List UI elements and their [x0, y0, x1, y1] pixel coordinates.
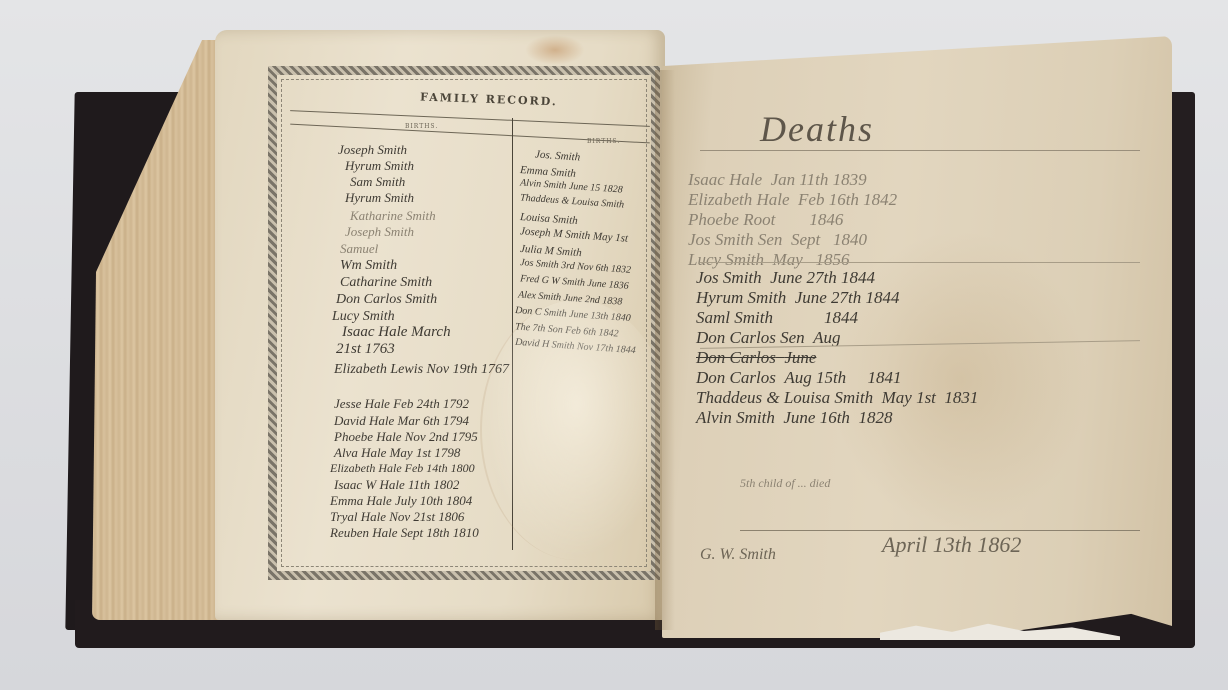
photo-scene: FAMILY RECORD. BIRTHS. BIRTHS. Joseph Sm…: [0, 0, 1228, 690]
death-entry: Jos Smith June 27th 1844: [696, 268, 875, 288]
birth-entry: David Hale Mar 6th 1794: [334, 413, 469, 429]
birth-entry: Emma Hale July 10th 1804: [330, 493, 472, 509]
death-entry: Don Carlos Aug 15th 1841: [696, 368, 901, 388]
birth-entry: Lucy Smith: [332, 309, 395, 325]
signature-rule: [740, 530, 1140, 531]
death-entry: Lucy Smith May 1856: [688, 250, 850, 270]
water-stain: [480, 300, 672, 560]
birth-entry: Don Carlos Smith: [336, 292, 437, 308]
birth-entry: Samuel: [340, 241, 378, 257]
death-entry-struck: Don Carlos June: [696, 348, 816, 368]
birth-entry: Reuben Hale Sept 18th 1810: [330, 525, 479, 541]
death-entry: Hyrum Smith June 27th 1844: [696, 288, 900, 308]
birth-entry: Joseph Smith: [345, 224, 414, 240]
title-rule: [700, 150, 1140, 151]
birth-entry: Sam Smith: [350, 174, 405, 190]
birth-entry: Catharine Smith: [340, 275, 432, 291]
birth-entry: 21st 1763: [336, 341, 395, 358]
death-entry: Saml Smith 1844: [696, 308, 858, 328]
birth-entry: Jesse Hale Feb 24th 1792: [334, 396, 469, 412]
death-entry: Phoebe Root 1846: [688, 210, 843, 230]
water-stain: [525, 35, 585, 65]
death-entry: Thaddeus & Louisa Smith May 1st 1831: [696, 388, 978, 408]
signature: G. W. Smith: [700, 546, 776, 564]
birth-entry: Elizabeth Hale Feb 14th 1800: [330, 461, 475, 476]
birth-entry: Phoebe Hale Nov 2nd 1795: [334, 429, 478, 445]
birth-entry: Tryal Hale Nov 21st 1806: [330, 509, 464, 525]
birth-entry: Hyrum Smith: [345, 158, 414, 174]
birth-entry: Isaac Hale March: [342, 324, 451, 341]
birth-entry: Wm Smith: [340, 258, 397, 274]
death-entry: Jos Smith Sen Sept 1840: [688, 230, 867, 250]
birth-entry: Joseph Smith: [338, 142, 407, 158]
birth-entry: Katharine Smith: [350, 208, 436, 224]
page-gutter-shadow: [655, 70, 675, 630]
section-rule: [700, 262, 1140, 263]
birth-entry: Isaac W Hale 11th 1802: [334, 477, 459, 493]
deaths-title: Deaths: [760, 108, 874, 150]
birth-entry: Alva Hale May 1st 1798: [334, 445, 460, 461]
death-entry: Alvin Smith June 16th 1828: [696, 408, 892, 428]
faded-note: 5th child of ... died: [740, 476, 830, 491]
signature-date: April 13th 1862: [882, 532, 1021, 558]
death-entry: Isaac Hale Jan 11th 1839: [688, 170, 867, 190]
death-entry: Elizabeth Hale Feb 16th 1842: [688, 190, 897, 210]
birth-entry: Elizabeth Lewis Nov 19th 1767: [334, 362, 509, 378]
birth-entry: Hyrum Smith: [345, 190, 414, 206]
